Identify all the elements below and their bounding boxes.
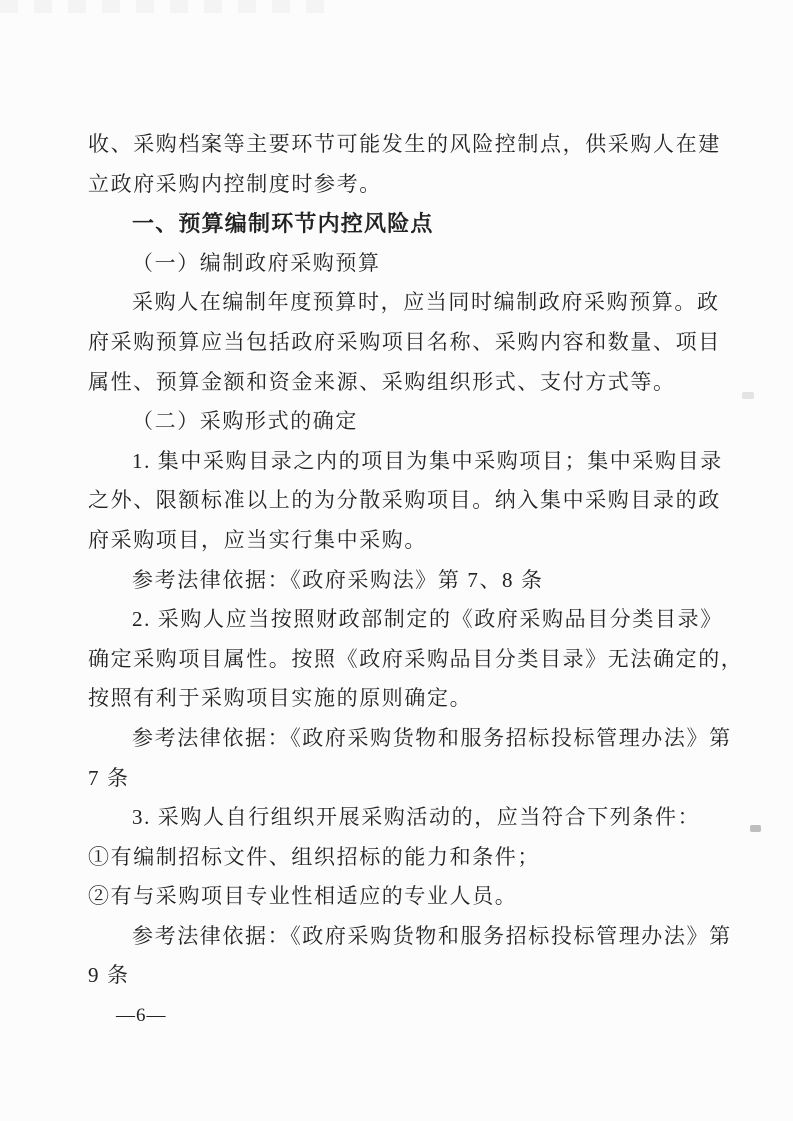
page-number: —6— [88,996,728,1036]
text-line: 之外、限额标准以上的为分散采购项目。纳入集中采购目录的政 [88,481,728,521]
document-body: 收、采购档案等主要环节可能发生的风险控制点，供采购人在建 立政府采购内控制度时参… [88,125,728,1036]
text-line: 采购人在编制年度预算时，应当同时编制政府采购预算。政 [88,283,728,323]
text-line: 收、采购档案等主要环节可能发生的风险控制点，供采购人在建 [88,125,728,165]
scan-artifact-top-smudge [0,0,330,13]
section-heading: 一、预算编制环节内控风险点 [88,204,728,244]
text-line: 7 条 [88,759,728,799]
text-line: 属性、预算金额和资金来源、采购组织形式、支付方式等。 [88,363,728,403]
sub-heading: （二）采购形式的确定 [88,402,728,442]
text-line: 立政府采购内控制度时参考。 [88,165,728,205]
scan-artifact-speck [742,392,754,399]
list-item: ①有编制招标文件、组织招标的能力和条件； [88,838,728,878]
sub-heading: （一）编制政府采购预算 [88,244,728,284]
text-line: 确定采购项目属性。按照《政府采购品目分类目录》无法确定的， [88,640,728,680]
text-line: 9 条 [88,956,728,996]
text-line: 1. 集中采购目录之内的项目为集中采购项目；集中采购目录 [88,442,728,482]
text-line: 3. 采购人自行组织开展采购活动的，应当符合下列条件： [88,798,728,838]
legal-reference: 参考法律依据：《政府采购货物和服务招标投标管理办法》第 [88,917,728,957]
text-line: 府采购预算应当包括政府采购项目名称、采购内容和数量、项目 [88,323,728,363]
legal-reference: 参考法律依据：《政府采购货物和服务招标投标管理办法》第 [88,719,728,759]
text-line: 按照有利于采购项目实施的原则确定。 [88,679,728,719]
text-line: 2. 采购人应当按照财政部制定的《政府采购品目分类目录》 [88,600,728,640]
scan-artifact-speck [750,825,761,832]
text-line: 府采购项目，应当实行集中采购。 [88,521,728,561]
list-item: ②有与采购项目专业性相适应的专业人员。 [88,877,728,917]
legal-reference: 参考法律依据：《政府采购法》第 7、8 条 [88,561,728,601]
